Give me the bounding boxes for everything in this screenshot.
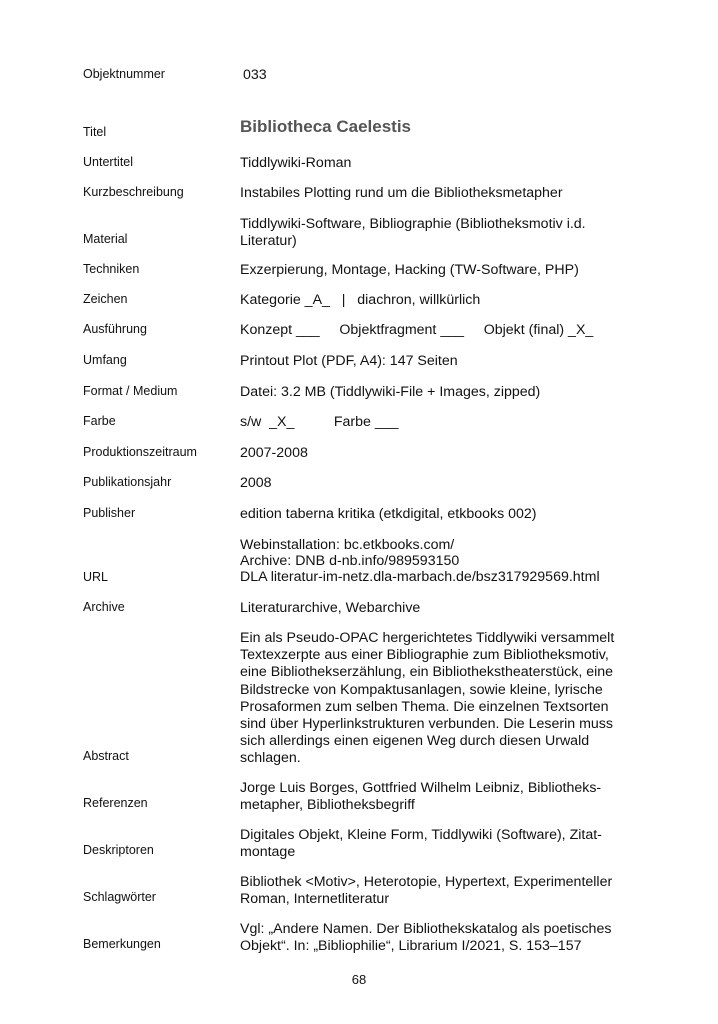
label-untertitel: Untertitel xyxy=(83,155,133,169)
value-zeichen: Kategorie _A_ | diachron, willkürlich xyxy=(240,292,640,309)
label-techniken: Techniken xyxy=(83,262,139,276)
value-titel: Bibliotheca Caelestis xyxy=(240,118,640,135)
label-url: URL xyxy=(83,570,108,584)
value-bemerkungen: Vgl: „Andere Namen. Der Bibliothekskatal… xyxy=(240,921,640,955)
label-ausfuehrung: Ausführung xyxy=(83,322,147,336)
value-kurzbeschreibung: Instabiles Plotting rund um die Biblioth… xyxy=(240,185,640,202)
label-umfang: Umfang xyxy=(83,353,127,367)
value-schlagwoerter: Bibliothek <Motiv>, Heterotopie, Hyperte… xyxy=(240,874,640,908)
value-abstract: Ein als Pseudo-OPAC hergerichtetes Tiddl… xyxy=(240,630,638,768)
value-archive: Literaturarchive, Webarchive xyxy=(240,600,640,617)
value-umfang: Printout Plot (PDF, A4): 147 Seiten xyxy=(240,353,640,370)
value-format-medium: Datei: 3.2 MB (Tiddlywiki-File + Images,… xyxy=(240,384,640,401)
label-produktionszeitraum: Produktionszeitraum xyxy=(83,445,197,459)
label-abstract: Abstract xyxy=(83,749,129,763)
label-bemerkungen: Bemerkungen xyxy=(83,937,161,951)
label-titel: Titel xyxy=(83,125,106,139)
value-techniken: Exzerpierung, Montage, Hacking (TW-Softw… xyxy=(240,262,640,279)
value-deskriptoren: Digitales Objekt, Kleine Form, Tiddlywik… xyxy=(240,827,632,861)
value-produktionszeitraum: 2007-2008 xyxy=(240,445,640,462)
value-material: Tiddlywiki-Software, Bibliographie (Bibl… xyxy=(240,216,620,250)
label-objektnummer: Objektnummer xyxy=(83,67,165,81)
value-ausfuehrung: Konzept ___ Objektfragment ___ Objekt (f… xyxy=(240,322,640,339)
value-objektnummer: 033 xyxy=(243,67,643,84)
page-number: 68 xyxy=(0,972,718,987)
label-deskriptoren: Deskriptoren xyxy=(83,843,154,857)
value-farbe: s/w _X_ Farbe ___ xyxy=(240,414,640,431)
value-publikationsjahr: 2008 xyxy=(240,475,640,492)
label-publisher: Publisher xyxy=(83,506,135,520)
value-publisher: edition taberna kritika (etkdigital, etk… xyxy=(240,506,640,523)
value-untertitel: Tiddlywiki-Roman xyxy=(240,155,640,172)
label-format-medium: Format / Medium xyxy=(83,384,177,398)
label-kurzbeschreibung: Kurzbeschreibung xyxy=(83,185,184,199)
label-farbe: Farbe xyxy=(83,414,116,428)
label-archive: Archive xyxy=(83,600,125,614)
label-schlagwoerter: Schlagwörter xyxy=(83,890,156,904)
value-referenzen: Jorge Luis Borges, Gottfried Wilhelm Lei… xyxy=(240,780,632,814)
value-url: Webinstallation: bc.etkbooks.com/ Archiv… xyxy=(240,537,640,585)
label-zeichen: Zeichen xyxy=(83,292,127,306)
label-referenzen: Referenzen xyxy=(83,796,148,810)
label-material: Material xyxy=(83,232,127,246)
label-publikationsjahr: Publikationsjahr xyxy=(83,475,171,489)
